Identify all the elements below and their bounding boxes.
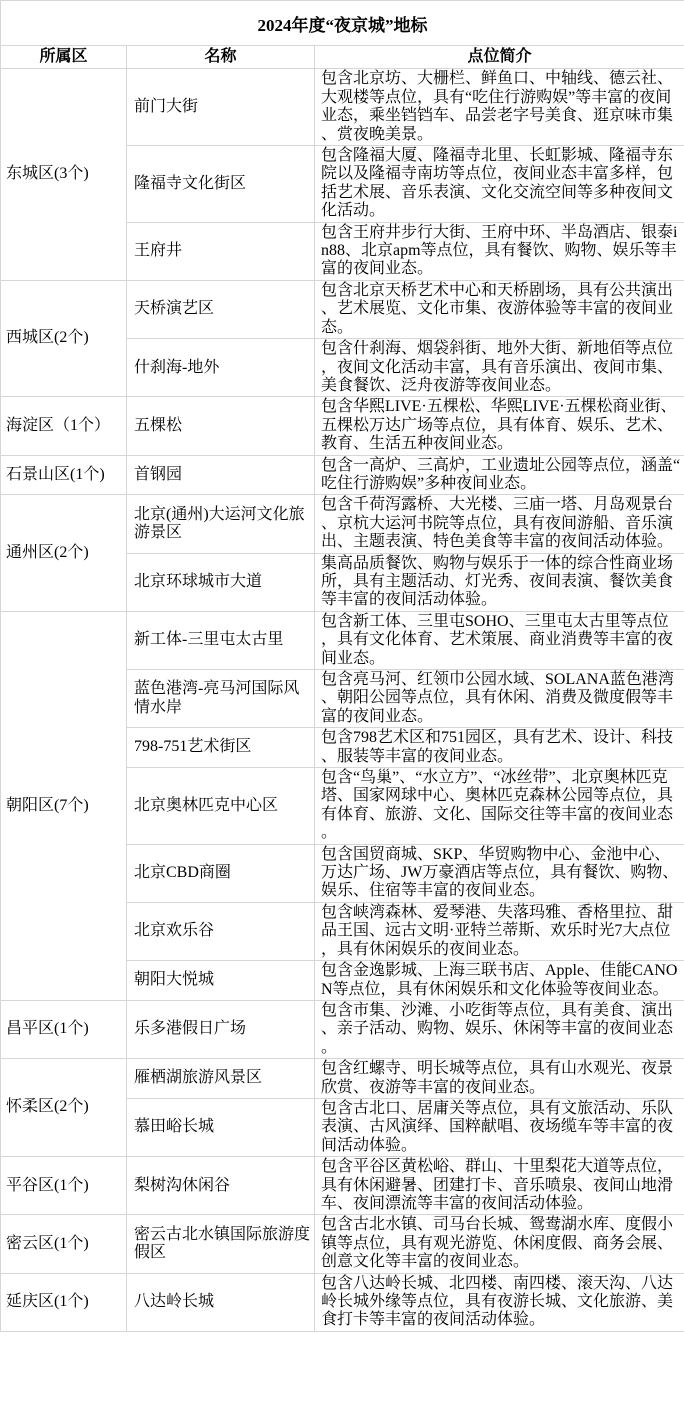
landmark-name-cell: 798-751艺术街区 bbox=[127, 728, 315, 768]
landmark-name-cell: 乐多港假日广场 bbox=[127, 1000, 315, 1058]
landmark-desc-cell: 包含王府井步行大街、王府中环、半岛酒店、银泰in88、北京apm等点位，具有餐饮… bbox=[315, 222, 684, 280]
landmark-desc-cell: 包含北京天桥艺术中心和天桥剧场，具有公共演出、艺术展览、文化市集、夜游体验等丰富… bbox=[315, 280, 684, 338]
landmark-desc-cell: 包含隆福大厦、隆福寺北里、长虹影城、隆福寺东院以及隆福寺南坊等点位，夜间业态丰富… bbox=[315, 146, 684, 223]
landmark-name-cell: 蓝色港湾-亮马河国际风情水岸 bbox=[127, 670, 315, 728]
column-header-name: 名称 bbox=[127, 46, 315, 69]
district-cell: 东城区(3个) bbox=[1, 69, 127, 280]
table-row: 密云区(1个)密云古北水镇国际旅游度假区包含古北水镇、司马台长城、鸳鸯湖水库、度… bbox=[1, 1215, 684, 1273]
landmark-name-cell: 五棵松 bbox=[127, 397, 315, 455]
landmark-name-cell: 梨树沟休闲谷 bbox=[127, 1157, 315, 1215]
landmark-desc-cell: 包含八达岭长城、北四楼、南四楼、滚天沟、八达岭长城外缘等点位，具有夜游长城、文化… bbox=[315, 1273, 684, 1331]
landmark-desc-cell: 包含什刹海、烟袋斜街、地外大街、新地佰等点位，夜间文化活动丰富，具有音乐演出、夜… bbox=[315, 339, 684, 397]
landmark-desc-cell: 包含华熙LIVE·五棵松、华熙LIVE·五棵松商业街、五棵松万达广场等点位，具有… bbox=[315, 397, 684, 455]
district-cell: 平谷区(1个) bbox=[1, 1157, 127, 1215]
table-row: 通州区(2个)北京(通州)大运河文化旅游景区包含千荷泻露桥、大光楼、三庙一塔、月… bbox=[1, 495, 684, 553]
table-head: 2024年度“夜京城”地标 所属区 名称 点位简介 bbox=[1, 1, 684, 69]
table-row: 平谷区(1个)梨树沟休闲谷包含平谷区黄松峪、群山、十里梨花大道等点位，具有休闲避… bbox=[1, 1157, 684, 1215]
landmark-desc-cell: 包含红螺寺、明长城等点位，具有山水观光、夜景欣赏、夜游等丰富的夜间业态。 bbox=[315, 1059, 684, 1099]
district-cell: 朝阳区(7个) bbox=[1, 611, 127, 1000]
landmark-desc-cell: 包含平谷区黄松峪、群山、十里梨花大道等点位，具有休闲避暑、团建打卡、音乐喷泉、夜… bbox=[315, 1157, 684, 1215]
landmark-name-cell: 北京欢乐谷 bbox=[127, 902, 315, 960]
landmark-name-cell: 北京(通州)大运河文化旅游景区 bbox=[127, 495, 315, 553]
landmark-name-cell: 雁栖湖旅游风景区 bbox=[127, 1059, 315, 1099]
table-row: 昌平区(1个)乐多港假日广场包含市集、沙滩、小吃街等点位，具有美食、演出、亲子活… bbox=[1, 1000, 684, 1058]
landmark-name-cell: 朝阳大悦城 bbox=[127, 961, 315, 1001]
district-cell: 延庆区(1个) bbox=[1, 1273, 127, 1331]
column-header-district: 所属区 bbox=[1, 46, 127, 69]
table-row: 朝阳区(7个)新工体-三里屯太古里包含新工体、三里屯SOHO、三里屯太古里等点位… bbox=[1, 611, 684, 669]
landmark-desc-cell: 包含798艺术区和751园区，具有艺术、设计、科技、服装等丰富的夜间业态。 bbox=[315, 728, 684, 768]
title-row: 2024年度“夜京城”地标 bbox=[1, 1, 684, 46]
landmark-desc-cell: 包含亮马河、红领巾公园水域、SOLANA蓝色港湾、朝阳公园等点位，具有休闲、消费… bbox=[315, 670, 684, 728]
table-row: 延庆区(1个)八达岭长城包含八达岭长城、北四楼、南四楼、滚天沟、八达岭长城外缘等… bbox=[1, 1273, 684, 1331]
landmark-name-cell: 密云古北水镇国际旅游度假区 bbox=[127, 1215, 315, 1273]
table-body: 东城区(3个)前门大街包含北京坊、大栅栏、鲜鱼口、中轴线、德云社、大观楼等点位，… bbox=[1, 69, 684, 1331]
district-cell: 密云区(1个) bbox=[1, 1215, 127, 1273]
landmark-name-cell: 北京环球城市大道 bbox=[127, 553, 315, 611]
table-row: 石景山区(1个)首钢园包含一高炉、三高炉，工业遗址公园等点位，涵盖“吃住行游购娱… bbox=[1, 455, 684, 495]
landmark-name-cell: 新工体-三里屯太古里 bbox=[127, 611, 315, 669]
landmarks-page: 2024年度“夜京城”地标 所属区 名称 点位简介 东城区(3个)前门大街包含北… bbox=[0, 0, 684, 1332]
landmark-name-cell: 慕田峪长城 bbox=[127, 1098, 315, 1156]
landmark-desc-cell: 包含“鸟巢”、“水立方”、“冰丝带”、北京奥林匹克塔、国家网球中心、奥林匹克森林… bbox=[315, 768, 684, 845]
district-cell: 怀柔区(2个) bbox=[1, 1059, 127, 1157]
district-cell: 昌平区(1个) bbox=[1, 1000, 127, 1058]
landmark-desc-cell: 包含千荷泻露桥、大光楼、三庙一塔、月岛观景台、京杭大运河书院等点位，具有夜间游船… bbox=[315, 495, 684, 553]
district-cell: 通州区(2个) bbox=[1, 495, 127, 611]
table-row: 西城区(2个)天桥演艺区包含北京天桥艺术中心和天桥剧场，具有公共演出、艺术展览、… bbox=[1, 280, 684, 338]
landmark-name-cell: 首钢园 bbox=[127, 455, 315, 495]
district-cell: 西城区(2个) bbox=[1, 280, 127, 396]
landmark-desc-cell: 包含古北水镇、司马台长城、鸳鸯湖水库、度假小镇等点位，具有观光游览、休闲度假、商… bbox=[315, 1215, 684, 1273]
landmark-name-cell: 隆福寺文化街区 bbox=[127, 146, 315, 223]
landmark-name-cell: 王府井 bbox=[127, 222, 315, 280]
landmark-name-cell: 什刹海-地外 bbox=[127, 339, 315, 397]
landmark-name-cell: 北京奥林匹克中心区 bbox=[127, 768, 315, 845]
landmark-desc-cell: 包含一高炉、三高炉，工业遗址公园等点位，涵盖“吃住行游购娱”多种夜间业态。 bbox=[315, 455, 684, 495]
landmark-desc-cell: 包含国贸商城、SKP、华贸购物中心、金池中心、万达广场、JW万豪酒店等点位，具有… bbox=[315, 844, 684, 902]
landmark-name-cell: 八达岭长城 bbox=[127, 1273, 315, 1331]
table-row: 东城区(3个)前门大街包含北京坊、大栅栏、鲜鱼口、中轴线、德云社、大观楼等点位，… bbox=[1, 69, 684, 146]
page-title: 2024年度“夜京城”地标 bbox=[1, 1, 684, 46]
column-header-desc: 点位简介 bbox=[315, 46, 684, 69]
table-row: 怀柔区(2个)雁栖湖旅游风景区包含红螺寺、明长城等点位，具有山水观光、夜景欣赏、… bbox=[1, 1059, 684, 1099]
landmark-desc-cell: 包含古北口、居庸关等点位，具有文旅活动、乐队表演、古风演绎、国粹献唱、夜场缆车等… bbox=[315, 1098, 684, 1156]
table-row: 海淀区（1个）五棵松包含华熙LIVE·五棵松、华熙LIVE·五棵松商业街、五棵松… bbox=[1, 397, 684, 455]
landmark-name-cell: 北京CBD商圈 bbox=[127, 844, 315, 902]
landmark-desc-cell: 包含金逸影城、上海三联书店、Apple、佳能CANON等点位，具有休闲娱乐和文化… bbox=[315, 961, 684, 1001]
landmark-desc-cell: 包含新工体、三里屯SOHO、三里屯太古里等点位，具有文化体育、艺术策展、商业消费… bbox=[315, 611, 684, 669]
landmark-name-cell: 天桥演艺区 bbox=[127, 280, 315, 338]
landmark-name-cell: 前门大街 bbox=[127, 69, 315, 146]
district-cell: 石景山区(1个) bbox=[1, 455, 127, 495]
landmark-desc-cell: 包含北京坊、大栅栏、鲜鱼口、中轴线、德云社、大观楼等点位，具有“吃住行游购娱”等… bbox=[315, 69, 684, 146]
district-cell: 海淀区（1个） bbox=[1, 397, 127, 455]
landmarks-table: 2024年度“夜京城”地标 所属区 名称 点位简介 东城区(3个)前门大街包含北… bbox=[0, 0, 684, 1332]
landmark-desc-cell: 包含市集、沙滩、小吃街等点位，具有美食、演出、亲子活动、购物、娱乐、休闲等丰富的… bbox=[315, 1000, 684, 1058]
column-header-row: 所属区 名称 点位简介 bbox=[1, 46, 684, 69]
landmark-desc-cell: 集高品质餐饮、购物与娱乐于一体的综合性商业场所，具有主题活动、灯光秀、夜间表演、… bbox=[315, 553, 684, 611]
landmark-desc-cell: 包含峡湾森林、爱琴港、失落玛雅、香格里拉、甜品王国、远古文明·亚特兰蒂斯、欢乐时… bbox=[315, 902, 684, 960]
